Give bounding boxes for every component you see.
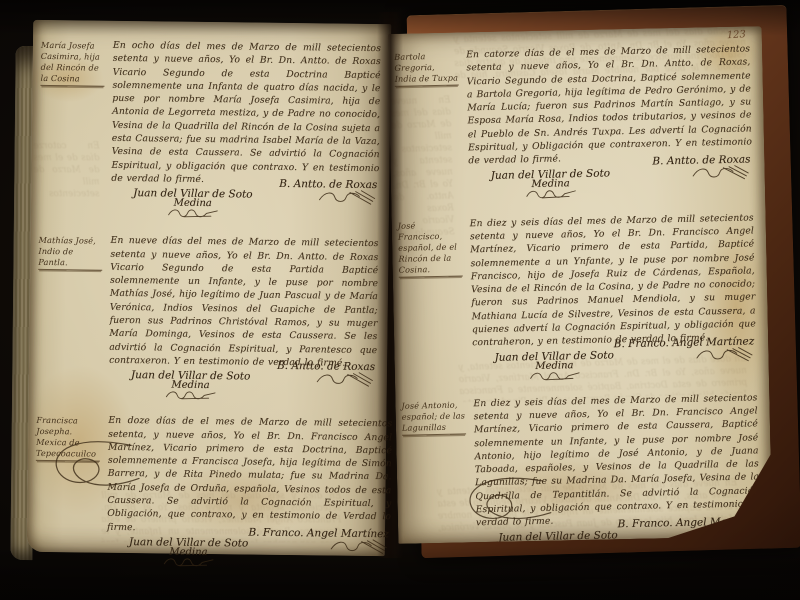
entry-body-text: En doze días de el mes de Marzo de mill …: [107, 414, 392, 537]
entry-margin-note: María Josefa Casimira, hija del Rincón d…: [40, 40, 105, 87]
signature-rubric-icon: [166, 207, 220, 221]
photograph-of-open-manuscript-book: En diez y seis días del mes de Marzo de …: [0, 0, 800, 600]
signature-row: Juan del Villar de Soto Medina B. Franco…: [107, 534, 391, 571]
entry-body-text: En nueve días del mes de Marzo de mill s…: [109, 234, 379, 370]
signature-row: Juan del Villar de Soto Medina B. Franco…: [472, 344, 757, 384]
signature-rubric-icon: [524, 187, 578, 201]
signature-row: Juan del Villar de Soto Medina B. Antto.…: [109, 367, 377, 404]
entry-body-text: En diez y seis días del mes de Marzo de …: [473, 391, 760, 530]
entry-margin-note: Francisca Josepha. Mexica de Tepecoacuil…: [36, 415, 101, 462]
baptism-entry: Francisca Josepha. Mexica de Tepecoacuil…: [35, 413, 377, 571]
folio-number: 123: [726, 29, 746, 41]
entry-body-text: En ocho días del mes de Marzo de mill se…: [111, 39, 381, 189]
signature-row: Juan del Villar de Soto Medina B. Antto.…: [111, 185, 379, 222]
priest-rubric-icon: [313, 371, 375, 391]
entry-margin-note: José Francisco, español, de el Rincón de…: [398, 219, 463, 277]
entry-body-text: En catorze días de el mes de Marzo de mi…: [466, 42, 752, 168]
entry-body-text: En diez y seis días del mes de Marzo de …: [470, 211, 757, 350]
baptism-entry: Mathías José, Indio de Pantla. En nueve …: [37, 233, 379, 404]
right-page: 123 En ocho días del mes de Marzo de mil…: [388, 26, 773, 544]
signature-rubric-icon: [163, 389, 217, 403]
entry-margin-note: José Antonio, español; de las Lagunillas: [401, 399, 466, 435]
priest-rubric-icon: [688, 163, 750, 183]
entry-margin-note: Bartola Gregoria, India de Tuxpa: [394, 51, 459, 87]
entry-margin-note: Mathías José, Indio de Pantla.: [38, 235, 102, 271]
signature-rubric-icon: [161, 555, 215, 569]
signature-row: Juan del Villar de Soto Medina B. Antto.…: [469, 162, 754, 202]
left-page: En diez y seis días del mes de Marzo de …: [27, 20, 391, 556]
priest-rubric-icon: [327, 537, 389, 557]
baptism-entry: María Josefa Casimira, hija del Rincón d…: [39, 38, 381, 222]
baptism-entry: Bartola Gregoria, India de Tuxpa En cato…: [394, 42, 753, 203]
priest-rubric-icon: [692, 345, 754, 365]
signature-rubric-icon: [527, 369, 581, 383]
priest-rubric-icon: [315, 189, 377, 209]
baptism-entry: José Francisco, español, de el Rincón de…: [398, 211, 757, 385]
